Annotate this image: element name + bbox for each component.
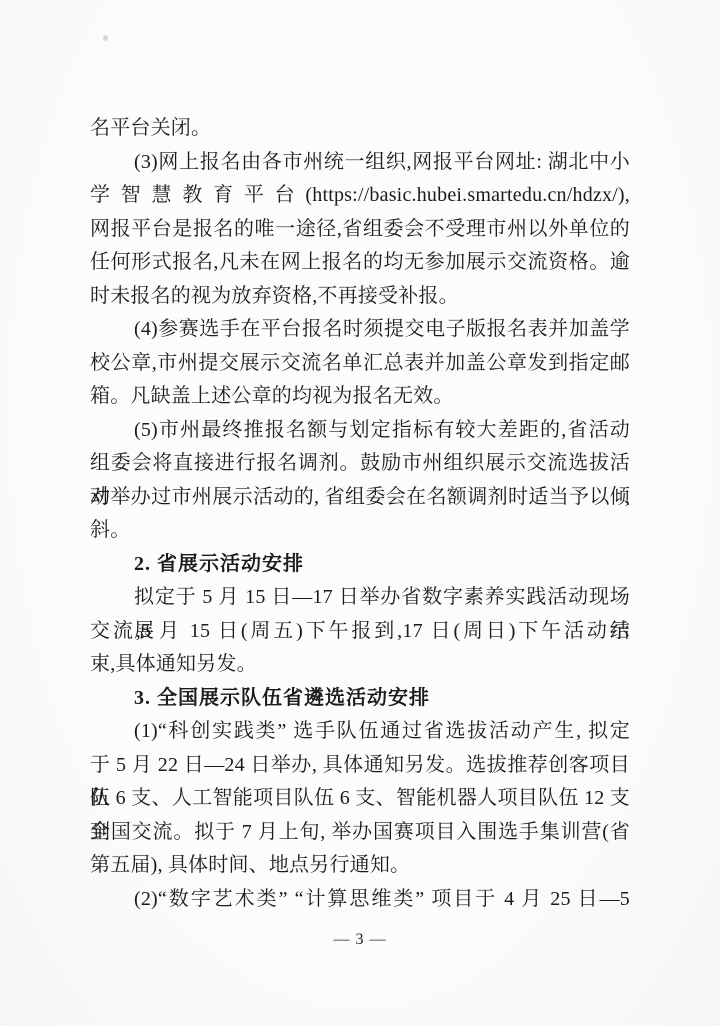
text-line: 名平台关闭。 (90, 112, 630, 146)
text-line: 校公章,市州提交展示交流名单汇总表并加盖公章发到指定邮 (90, 347, 630, 381)
text-line: 对举办过市州展示活动的, 省组委会在名额调剂时适当予以倾 (90, 481, 630, 515)
text-line: (4)参赛选手在平台报名时须提交电子版报名表并加盖学 (90, 313, 630, 347)
text-line: 箱。凡缺盖上述公章的均视为报名无效。 (90, 380, 630, 414)
scanned-document-page: 名平台关闭。(3)网上报名由各市州统一组织,网报平台网址: 湖北中小学智慧教育平… (0, 0, 720, 1026)
scan-artifact-dot (103, 35, 108, 41)
text-line: (5)市州最终推报名额与划定指标有较大差距的,省活动 (90, 414, 630, 448)
text-line: 交流,5 月 15 日(周五)下午报到,17 日(周日)下午活动结 (90, 615, 630, 649)
text-line: 束,具体通知另发。 (90, 648, 630, 682)
text-line: 组委会将直接进行报名调剂。鼓励市州组织展示交流选拔活动, (90, 447, 630, 481)
document-body: 名平台关闭。(3)网上报名由各市州统一组织,网报平台网址: 湖北中小学智慧教育平… (90, 112, 630, 916)
text-line: 2. 省展示活动安排 (90, 548, 630, 582)
text-line: 网报平台是报名的唯一途径,省组委会不受理市州以外单位的 (90, 213, 630, 247)
text-line: 任何形式报名,凡未在网上报名的均无参加展示交流资格。逾 (90, 246, 630, 280)
text-line: 时未报名的视为放弃资格,不再接受补报。 (90, 280, 630, 314)
text-line: (3)网上报名由各市州统一组织,网报平台网址: 湖北中小 (90, 146, 630, 180)
text-line: 伍 6 支、人工智能项目队伍 6 支、智能机器人项目队伍 12 支到 (90, 782, 630, 816)
text-line: (1)“科创实践类” 选手队伍通过省选拔活动产生, 拟定 (90, 715, 630, 749)
text-line: 全国交流。拟于 7 月上旬, 举办国赛项目入围选手集训营(省 (90, 816, 630, 850)
text-line: 拟定于 5 月 15 日—17 日举办省数字素养实践活动现场展示 (90, 581, 630, 615)
text-line: 斜。 (90, 514, 630, 548)
page-number: — 3 — (0, 931, 720, 949)
text-line: (2)“数字艺术类” “计算思维类” 项目于 4 月 25 日—5 (90, 883, 630, 917)
text-line: 3. 全国展示队伍省遴选活动安排 (90, 682, 630, 716)
text-line: 于 5 月 22 日—24 日举办, 具体通知另发。选拔推荐创客项目队 (90, 749, 630, 783)
text-line: 第五届), 具体时间、地点另行通知。 (90, 849, 630, 883)
text-line: 学智慧教育平台(https://basic.hubei.smartedu.cn/… (90, 179, 630, 213)
